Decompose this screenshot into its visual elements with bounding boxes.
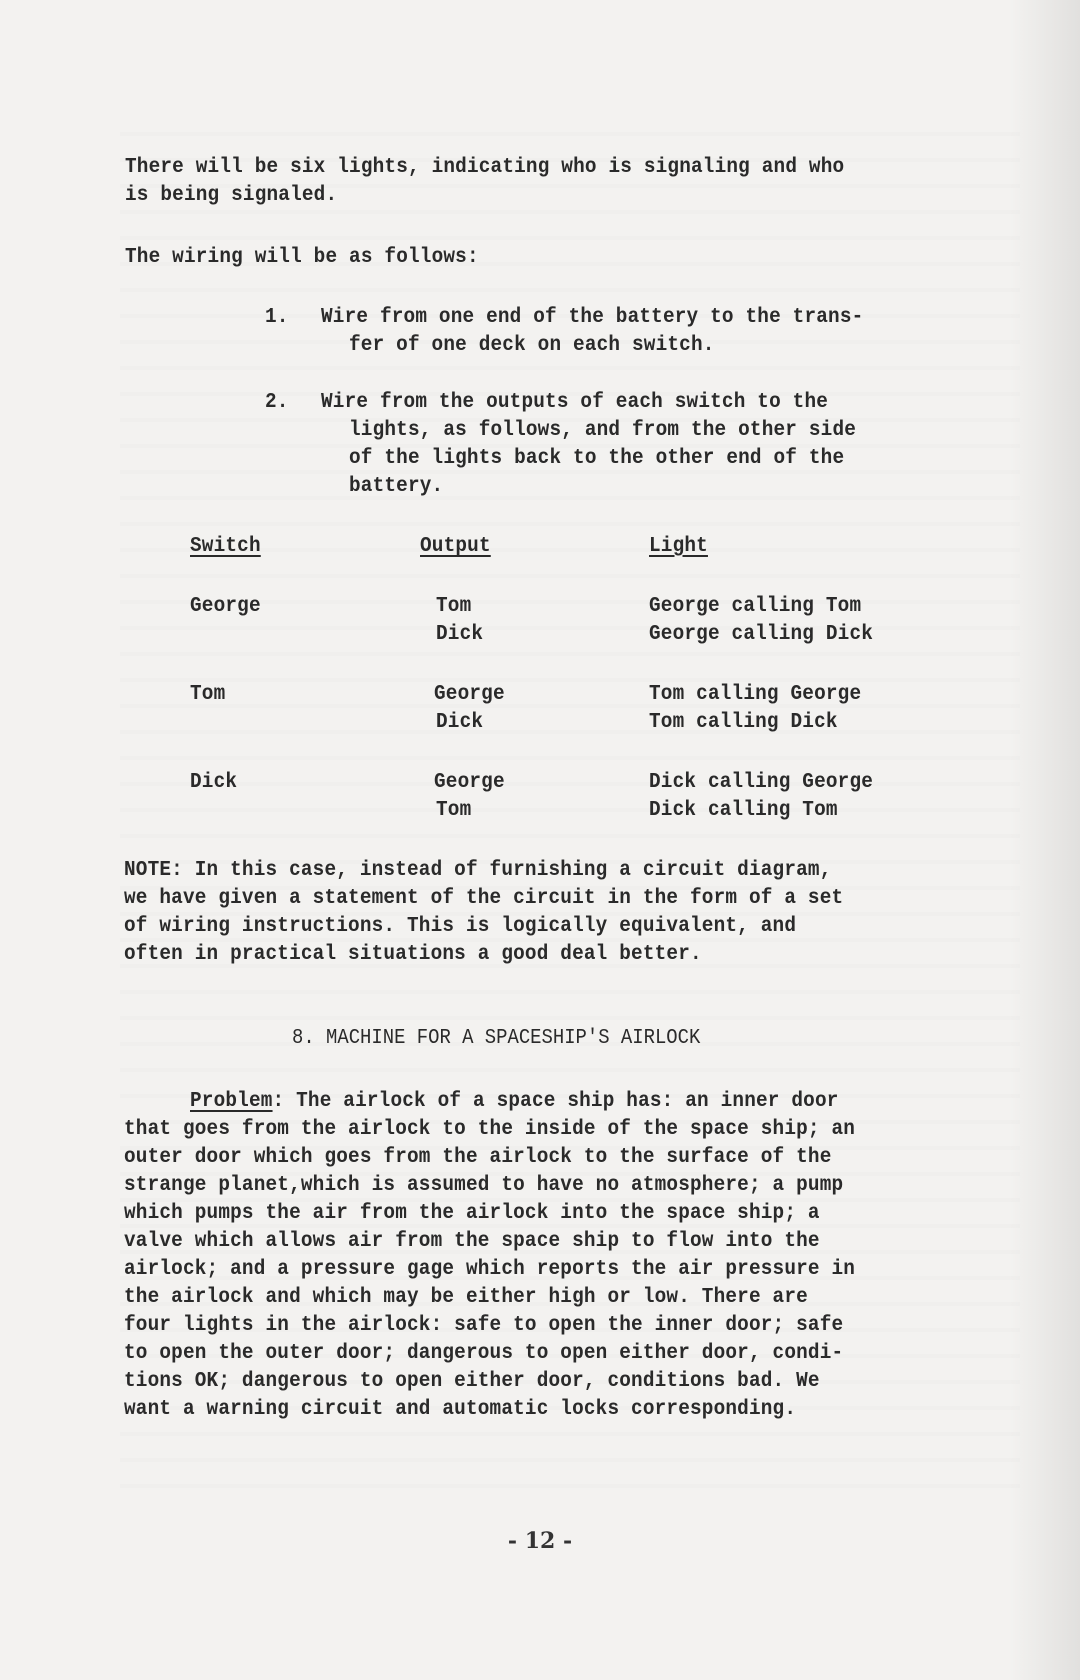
problem-line: the airlock and which may be either high… [124, 1283, 808, 1311]
table-cell-switch: George [190, 592, 261, 620]
intro-line: There will be six lights, indicating who… [125, 153, 844, 181]
problem-label: Problem [190, 1089, 273, 1113]
step-number: 1. [265, 303, 289, 331]
table-cell-light: Dick calling Tom [649, 796, 838, 824]
column-header-light: Light [649, 532, 708, 560]
note-line: of wiring instructions. This is logicall… [124, 912, 796, 940]
page-number: - 12 - [508, 1528, 572, 1554]
problem-line: tions OK; dangerous to open either door,… [124, 1367, 820, 1395]
table-cell-light: George calling Tom [649, 592, 861, 620]
table-cell-light: George calling Dick [649, 620, 873, 648]
problem-line: airlock; and a pressure gage which repor… [124, 1255, 855, 1283]
problem-first-line: Problem: The airlock of a space ship has… [190, 1087, 839, 1115]
table-cell-output: George [434, 680, 505, 708]
table-cell-output: Dick [436, 708, 483, 736]
step-line: Wire from one end of the battery to the … [321, 303, 863, 331]
section-title: 8. MACHINE FOR A SPACESHIP'S AIRLOCK [292, 1027, 700, 1050]
problem-line: strange planet,which is assumed to have … [124, 1171, 843, 1199]
table-cell-light: Tom calling Dick [649, 708, 838, 736]
note-line: often in practical situations a good dea… [124, 940, 702, 968]
step-line: of the lights back to the other end of t… [349, 444, 844, 472]
step-number: 2. [265, 388, 289, 416]
column-header-output: Output [420, 532, 491, 560]
problem-first-line-rest: : The airlock of a space ship has: an in… [273, 1089, 839, 1113]
column-header-switch: Switch [190, 532, 261, 560]
problem-line: that goes from the airlock to the inside… [124, 1115, 855, 1143]
step-line: battery. [349, 472, 443, 500]
table-cell-output: George [434, 768, 505, 796]
step-line: fer of one deck on each switch. [349, 331, 715, 359]
note-line: NOTE: In this case, instead of furnishin… [124, 856, 832, 884]
table-cell-switch: Dick [190, 768, 237, 796]
problem-line: four lights in the airlock: safe to open… [124, 1311, 843, 1339]
wiring-intro: The wiring will be as follows: [125, 243, 479, 271]
intro-line: is being signaled. [125, 181, 337, 209]
step-line: lights, as follows, and from the other s… [349, 416, 856, 444]
problem-line: want a warning circuit and automatic loc… [124, 1395, 796, 1423]
note-line: we have given a statement of the circuit… [124, 884, 843, 912]
problem-line: valve which allows air from the space sh… [124, 1227, 820, 1255]
table-cell-output: Tom [436, 796, 471, 824]
step-line: Wire from the outputs of each switch to … [321, 388, 828, 416]
problem-line: outer door which goes from the airlock t… [124, 1143, 832, 1171]
table-cell-output: Dick [436, 620, 483, 648]
problem-line: to open the outer door; dangerous to ope… [124, 1339, 843, 1367]
page-edge-shadow [1010, 0, 1080, 1680]
table-cell-switch: Tom [190, 680, 225, 708]
problem-line: which pumps the air from the airlock int… [124, 1199, 820, 1227]
table-cell-output: Tom [436, 592, 471, 620]
table-cell-light: Dick calling George [649, 768, 873, 796]
table-cell-light: Tom calling George [649, 680, 861, 708]
